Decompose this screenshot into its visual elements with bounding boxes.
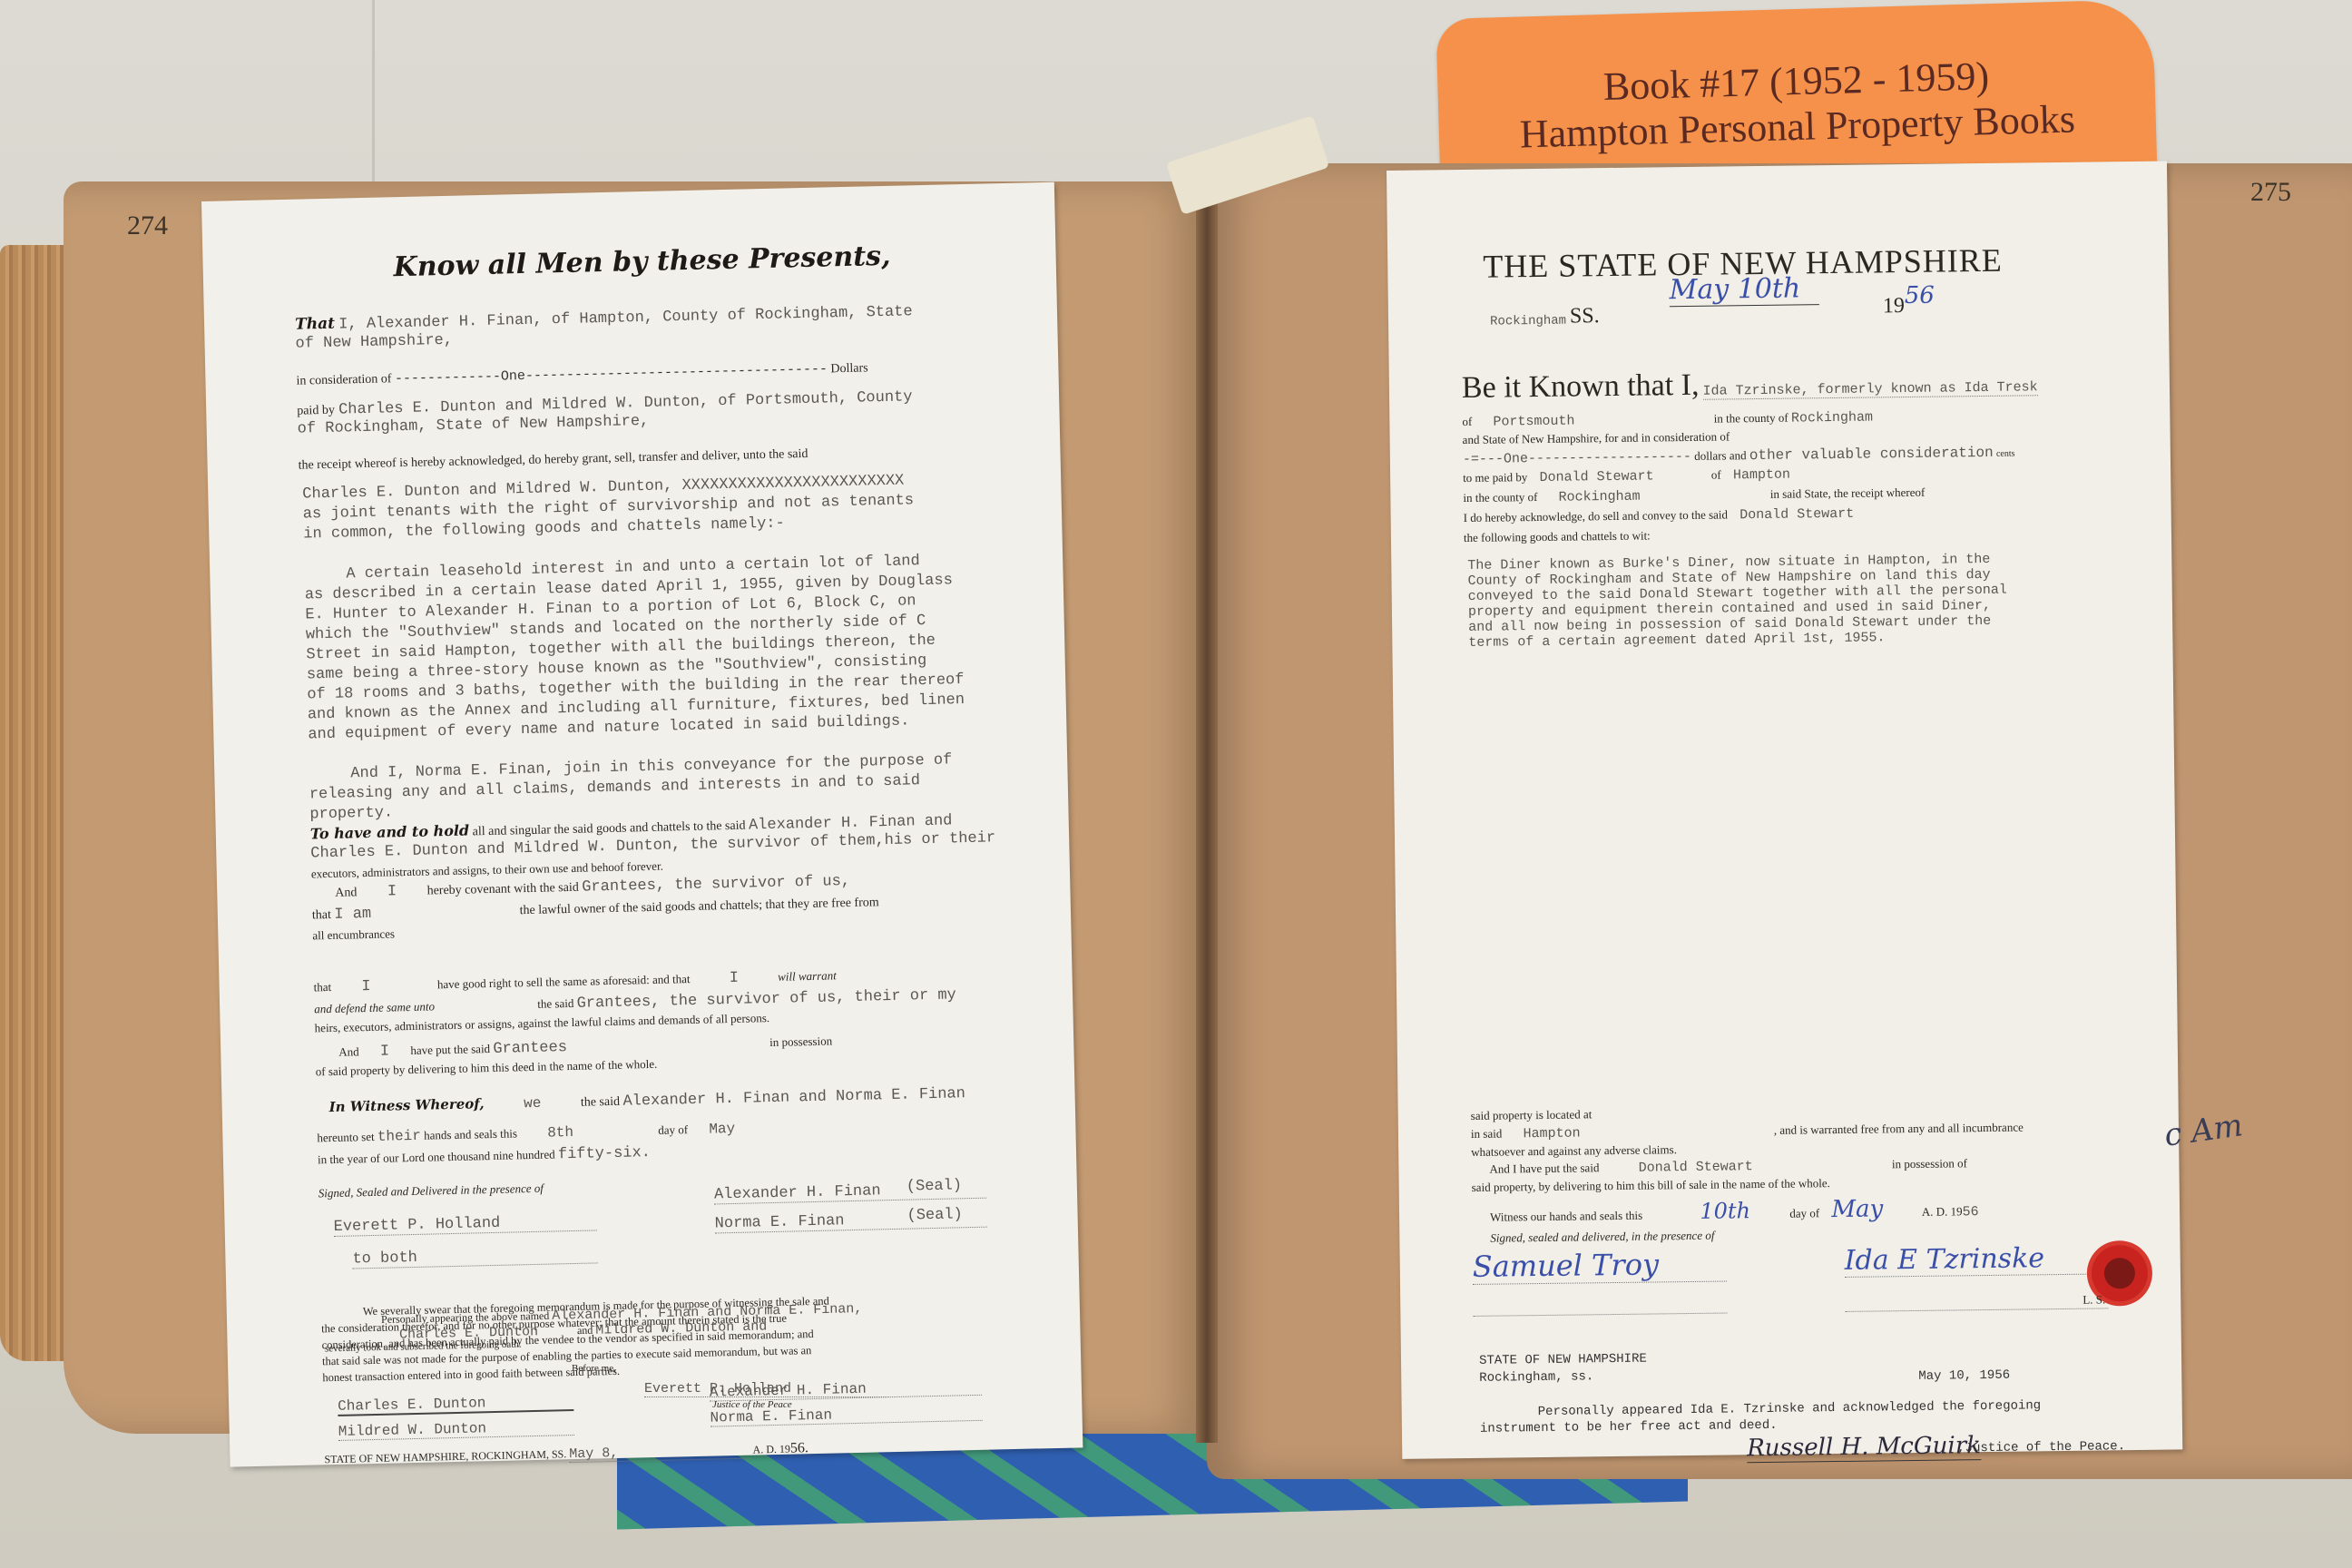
ack-officer-title: Justice of the Peace [712,1399,792,1410]
covenant-line-3: all encumbrances [312,926,395,943]
possession-line: And I have put the said Donald Stewart i… [1489,1156,1967,1177]
bill-of-sale-right: THE STATE OF NEW HAMPSHIRE Rockingham SS… [1387,161,2182,1458]
convey-line: I do hereby acknowledge, do sell and con… [1464,506,1855,526]
known-line: Be it Known that I, Ida Tzrinske, former… [1462,364,2038,406]
delivering-line: said property, by delivering to him this… [1472,1176,1830,1195]
grantor-signature-ida: Ida E Tzrinske [1845,1241,2108,1278]
consideration-amount-line: -=---One-------------------- dollars and… [1463,445,2015,467]
witness-blank-line [1473,1312,1727,1317]
ack-state-heading: STATE OF NEW HAMPSHIRE [1479,1352,1647,1368]
buyer-county-line: in the county of Rockingham in said Stat… [1463,485,1925,506]
location-label: said property is located at [1471,1107,1592,1123]
page-number-left: 274 [127,211,168,241]
document-heading: Know all Men by these Presents, [393,240,891,283]
consideration-line: in consideration of -------------One----… [296,360,868,388]
seal-label-2: (Seal) [906,1206,963,1224]
ack-text-2: instrument to be her free act and deed. [1480,1418,1778,1436]
ls-label: L. S. [2082,1292,2105,1307]
intro-line-1: That I, Alexander H. Finan, of Hampton, … [295,301,913,334]
ack-date: May 10, 1956 [1918,1368,2010,1384]
location-line: in said Hampton , and is warranted free … [1471,1121,2024,1142]
book-gutter [1196,191,1218,1443]
ack-before-me: Before me, [572,1363,616,1374]
table-seam [372,0,375,181]
witness-line-2: hereunto set their hands and seals this … [317,1121,735,1146]
year-prefix: 1956 [1883,291,1935,319]
grantor-blank-line [1845,1307,2108,1312]
consideration-state-line: and State of New Hampshire, for and in c… [1463,429,1730,447]
ack-officer-signature: Everett P. Holland [644,1381,889,1397]
signed-presence-label: Signed, sealed and delivered, in the pre… [1490,1229,1714,1246]
justice-signature: Russell H. McGuirk [1747,1432,1981,1463]
ack-county: Rockingham, ss. [1479,1369,1593,1386]
county-venue: Rockingham [1490,314,1566,329]
handwritten-date: May 10th [1669,272,1818,307]
paid-by-line: to me paid by Donald Stewart of Hampton [1463,467,1790,486]
witness-line-3: in the year of our Lord one thousand nin… [318,1144,651,1169]
oath-signature-buyer-2: Mildred W. Dunton [338,1418,574,1441]
goods-line: the following goods and chattels to wit: [1464,528,1651,545]
bill-of-sale-left: Know all Men by these Presents, That I, … [201,182,1083,1467]
witness-signature: Everett P. Holland [333,1212,596,1237]
justice-title: ,Justice of the Peace. [1957,1439,2125,1455]
signed-sealed-label: Signed, Sealed and Delivered in the pres… [318,1181,544,1201]
intro-line-2: of New Hampshire, [295,332,453,353]
possession-line-1: And I have put the said Grantees in poss… [338,1033,832,1061]
release-line-3: property. [309,804,393,823]
grantor-town-line: of Portsmouth in the county of Rockingha… [1462,409,1873,430]
receipt-clause: the receipt whereof is hereby acknowledg… [298,447,808,474]
page-number-right: 275 [2250,177,2291,208]
seal-label-1: (Seal) [906,1177,963,1195]
witness-signature-samuel: Samuel Troy [1473,1247,1727,1285]
witness-date-line: Witness our hands and seals this 10th da… [1490,1194,1979,1228]
witness-line-1: In Witness Whereof, we the said Alexande… [328,1084,965,1117]
adverse-claims-line: whatsoever and against any adverse claim… [1471,1142,1677,1160]
oath-signature-buyer-1: Charles E. Dunton [338,1393,573,1416]
ss-label: SS. [1570,304,1600,328]
witness-signature-note: to both [352,1245,597,1269]
ack-text-1: Personally appeared Ida E. Tzrinske and … [1538,1398,2042,1419]
